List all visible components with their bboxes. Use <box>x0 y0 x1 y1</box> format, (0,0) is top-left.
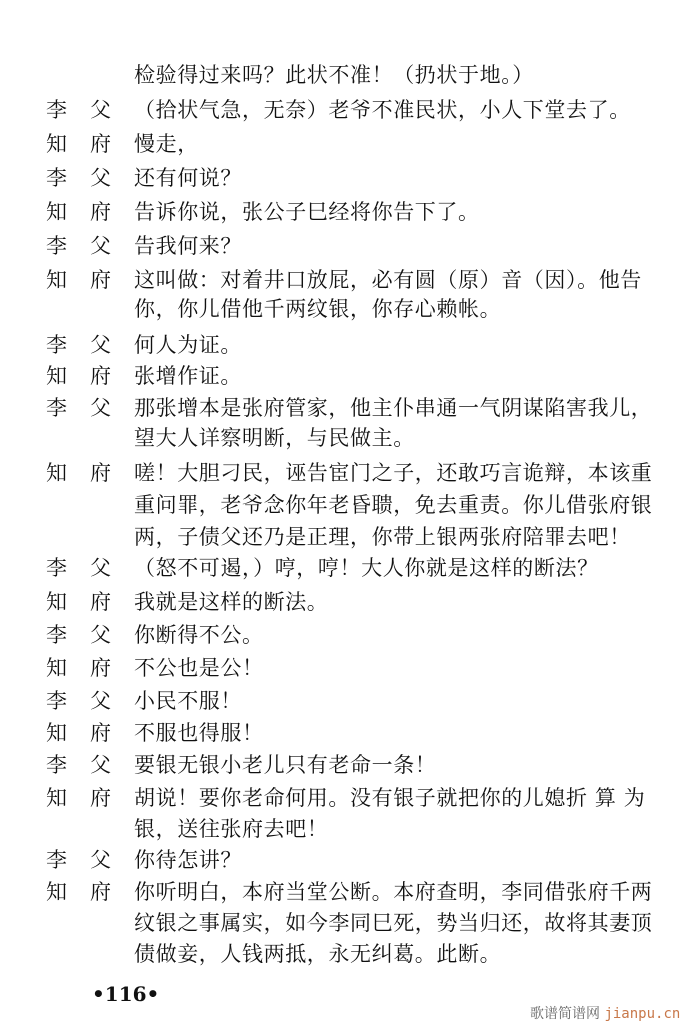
speaker-char: 府 <box>90 587 114 617</box>
speaker-char: 李 <box>46 686 70 716</box>
dialogue-text: 不服也得服！ <box>134 718 264 748</box>
document-page: 检验得过来吗？此状不准！（扔状于地。） 李 父 （拾状气急，无奈）老爷不准民状，… <box>0 0 690 1033</box>
speaker-char: 府 <box>90 265 114 295</box>
speaker-char: 府 <box>90 877 114 907</box>
dialogue-line: 李 父 要银无银小老儿只有老命一条！ <box>0 750 690 780</box>
dialogue-text: 债做妾，人钱两抵，永无纠葛。此断。 <box>134 939 501 969</box>
dialogue-line: 知 府 胡说！要你老命何用。没有银子就把你的儿媳折 算 为 <box>0 783 690 813</box>
speaker-char: 李 <box>46 95 70 125</box>
speaker-char: 府 <box>90 129 114 159</box>
dialogue-text: 还有何说？ <box>134 163 242 193</box>
dialogue-line: 李 父 还有何说？ <box>0 163 690 193</box>
speaker-char: 父 <box>90 163 114 193</box>
speaker-char: 知 <box>46 265 70 295</box>
dialogue-continuation: 重问罪，老爷念你年老昏聩，免去重责。你儿借张府银 <box>0 490 690 520</box>
speaker-char: 府 <box>90 197 114 227</box>
speaker-char: 李 <box>46 620 70 650</box>
dialogue-line: 李 父 （拾状气急，无奈）老爷不准民状，小人下堂去了。 <box>0 95 690 125</box>
speaker-char: 李 <box>46 553 70 583</box>
speaker-char: 府 <box>90 361 114 391</box>
dialogue-text: 银，送往张府去吧！ <box>134 814 328 844</box>
dialogue-text: 嗟！大胆刁民，诬告宦门之子，还敢巧言诡辩，本该重 <box>134 458 652 488</box>
dialogue-line: 知 府 不服也得服！ <box>0 718 690 748</box>
dialogue-line: 知 府 这叫做：对着井口放屁，必有圆（原）音（因）。他告 <box>0 265 690 295</box>
dialogue-text: 纹银之事属实，如今李同巳死，势当归还，故将其妻顶 <box>134 908 652 938</box>
speaker-char: 父 <box>90 620 114 650</box>
speaker-char: 知 <box>46 783 70 813</box>
dialogue-text: 你听明白，本府当堂公断。本府查明，李同借张府千两 <box>134 877 652 907</box>
dialogue-text: 你，你儿借他千两纹银，你存心赖帐。 <box>134 294 501 324</box>
speaker-char: 知 <box>46 877 70 907</box>
dialogue-text: 这叫做：对着井口放屁，必有圆（原）音（因）。他告 <box>134 265 642 295</box>
dialogue-line: 知 府 嗟！大胆刁民，诬告宦门之子，还敢巧言诡辩，本该重 <box>0 458 690 488</box>
speaker-char: 府 <box>90 458 114 488</box>
speaker-char: 父 <box>90 845 114 875</box>
speaker-char: 李 <box>46 393 70 423</box>
dialogue-text: 我就是这样的断法。 <box>134 587 328 617</box>
speaker-char: 父 <box>90 553 114 583</box>
dialogue-text: （怒不可遏，）哼，哼！大人你就是这样的断法？ <box>134 553 599 583</box>
watermark: 歌谱简谱网 jianpu.cn <box>530 1003 680 1023</box>
dialogue-line: 李 父 （怒不可遏，）哼，哼！大人你就是这样的断法？ <box>0 553 690 583</box>
dialogue-text: 检验得过来吗？此状不准！（扔状于地。） <box>134 60 534 90</box>
speaker-char: 李 <box>46 330 70 360</box>
dialogue-text: 重问罪，老爷念你年老昏聩，免去重责。你儿借张府银 <box>134 490 652 520</box>
dialogue-text: 两，子债父还乃是正理，你带上银两张府陪罪去吧！ <box>134 522 631 552</box>
dialogue-continuation: 望大人详察明断，与民做主。 <box>0 423 690 453</box>
dialogue-line: 李 父 小民不服！ <box>0 686 690 716</box>
speaker-char: 父 <box>90 393 114 423</box>
watermark-site: 歌谱简谱网 <box>530 1006 600 1022</box>
dialogue-text: 小民不服！ <box>134 686 242 716</box>
dialogue-line: 知 府 你听明白，本府当堂公断。本府查明，李同借张府千两 <box>0 877 690 907</box>
speaker-char: 知 <box>46 718 70 748</box>
speaker-char: 李 <box>46 163 70 193</box>
watermark-domain: jianpu.cn <box>604 1006 680 1022</box>
dialogue-line: 李 父 你断得不公。 <box>0 620 690 650</box>
speaker-char: 李 <box>46 231 70 261</box>
dialogue-line: 知 府 告诉你说，张公子巳经将你告下了。 <box>0 197 690 227</box>
dialogue-text: 何人为证。 <box>134 330 242 360</box>
speaker-char: 府 <box>90 718 114 748</box>
speaker-char: 知 <box>46 197 70 227</box>
speaker-char: 府 <box>90 653 114 683</box>
speaker-char: 父 <box>90 231 114 261</box>
dialogue-line: 李 父 那张增本是张府管家，他主仆串通一气阴谋陷害我儿， <box>0 393 690 423</box>
dialogue-text: 张增作证。 <box>134 361 242 391</box>
dialogue-continuation: 检验得过来吗？此状不准！（扔状于地。） <box>0 60 690 90</box>
dialogue-text: 要银无银小老儿只有老命一条！ <box>134 750 436 780</box>
dialogue-line: 李 父 何人为证。 <box>0 330 690 360</box>
dialogue-text: （拾状气急，无奈）老爷不准民状，小人下堂去了。 <box>134 95 631 125</box>
speaker-char: 知 <box>46 653 70 683</box>
speaker-char: 父 <box>90 95 114 125</box>
speaker-char: 知 <box>46 129 70 159</box>
dialogue-line: 知 府 我就是这样的断法。 <box>0 587 690 617</box>
dialogue-line: 知 府 不公也是公！ <box>0 653 690 683</box>
speaker-char: 李 <box>46 750 70 780</box>
dialogue-text: 你断得不公。 <box>134 620 264 650</box>
dialogue-text: 慢走， <box>134 129 199 159</box>
dialogue-line: 知 府 慢走， <box>0 129 690 159</box>
speaker-char: 李 <box>46 845 70 875</box>
dialogue-line: 李 父 告我何来？ <box>0 231 690 261</box>
speaker-char: 父 <box>90 750 114 780</box>
dialogue-text: 你待怎讲？ <box>134 845 242 875</box>
speaker-char: 知 <box>46 587 70 617</box>
dialogue-text: 告我何来？ <box>134 231 242 261</box>
speaker-char: 府 <box>90 783 114 813</box>
speaker-char: 父 <box>90 686 114 716</box>
dialogue-text: 不公也是公！ <box>134 653 264 683</box>
dialogue-continuation: 纹银之事属实，如今李同巳死，势当归还，故将其妻顶 <box>0 908 690 938</box>
dialogue-continuation: 债做妾，人钱两抵，永无纠葛。此断。 <box>0 939 690 969</box>
speaker-char: 知 <box>46 458 70 488</box>
dialogue-text: 那张增本是张府管家，他主仆串通一气阴谋陷害我儿， <box>134 393 652 423</box>
dialogue-continuation: 银，送往张府去吧！ <box>0 814 690 844</box>
speaker-char: 父 <box>90 330 114 360</box>
dialogue-line: 知 府 张增作证。 <box>0 361 690 391</box>
dialogue-continuation: 两，子债父还乃是正理，你带上银两张府陪罪去吧！ <box>0 522 690 552</box>
speaker-char: 知 <box>46 361 70 391</box>
dialogue-text: 告诉你说，张公子巳经将你告下了。 <box>134 197 480 227</box>
page-number: •116• <box>92 982 159 1006</box>
dialogue-text: 胡说！要你老命何用。没有银子就把你的儿媳折 算 为 <box>134 783 645 813</box>
dialogue-continuation: 你，你儿借他千两纹银，你存心赖帐。 <box>0 294 690 324</box>
dialogue-text: 望大人详察明断，与民做主。 <box>134 423 415 453</box>
dialogue-line: 李 父 你待怎讲？ <box>0 845 690 875</box>
